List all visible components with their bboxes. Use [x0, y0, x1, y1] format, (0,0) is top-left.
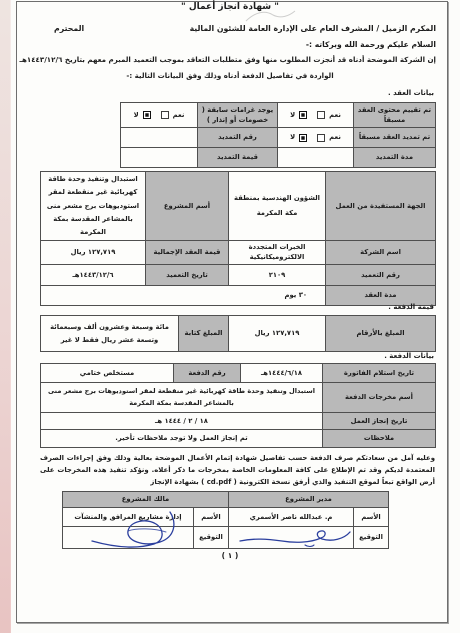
page-number: ( ١ ): [0, 551, 460, 560]
checkbox-yes: [161, 111, 169, 119]
table-row: أسم مخرجات الدفعة استبدال وتنفيذ وحدة طا…: [41, 383, 436, 413]
honorific-text: المحترم: [40, 24, 84, 33]
document-title: " شهادة انجاز أعمال ": [0, 2, 460, 12]
value-contract-duration: ٣٠ يوم: [41, 285, 326, 305]
label-authorization-date: تاريخ التعميد: [146, 264, 229, 285]
answer-previous-penalties: نعم لا: [121, 103, 198, 128]
value-project-name: استبدال وتنفيذ وحدة طاقة كهربائية غير من…: [41, 172, 146, 241]
header-project-owner: مالك المشروع: [63, 492, 229, 508]
table-row: الجهة المستفيدة من العمل الشؤون الهندسية…: [41, 172, 436, 241]
table-row: التوقيع التوقيع: [63, 527, 389, 549]
label-name-manager: الأسم: [354, 508, 389, 527]
manager-signature-cell: [229, 527, 354, 549]
label-name-owner: الأسم: [194, 508, 229, 527]
value-extension-value-empty: [121, 148, 198, 168]
yes-label: نعم: [329, 132, 341, 142]
answer-contract-evaluated: نعم لا: [278, 103, 354, 128]
table-row: تاريخ استلام الفاتورة ١٤٤٤/٦/١٨هـ رقم ال…: [41, 364, 436, 383]
value-company-name: الخبرات المتجددة الالكتروميكانيكية: [229, 241, 326, 264]
owner-signature-cell: [63, 527, 194, 549]
addressee-row: المكرم الزميل / المشرف العام على الإدارة…: [40, 24, 436, 33]
scan-edge-artifact: [0, 0, 11, 633]
value-work-completion-date: ١٨ / ٢ / ١٤٤٤ هـ: [41, 413, 323, 430]
label-extension-duration: مدة التمديد: [354, 148, 436, 168]
value-authorization-number: ٢١٠٩: [229, 264, 326, 285]
table-row: ملاحظات تم إنجاز العمل ولا توجد ملاحظات …: [41, 430, 436, 448]
yes-no-group: نعم لا: [290, 110, 341, 120]
table-row: تم تمديد العقد مسبقاً نعم لا رقم التمديد: [121, 128, 436, 148]
intro-line-1: إن الشركة الموضحة أدناه قد أنجزت المطلوب…: [20, 55, 436, 64]
yes-label: نعم: [329, 110, 341, 120]
value-extension-duration-empty: [278, 148, 354, 168]
label-company-name: اسم الشركة: [326, 241, 436, 264]
label-signature-owner: التوقيع: [194, 527, 229, 549]
label-payment-number: رقم الدفعة: [174, 364, 241, 383]
label-previous-penalties: يوجد غرامات سابقة ( خصومات أو إنذار ): [198, 103, 278, 128]
greeting-line: السلام عليكم ورحمة الله وبركاته :-: [306, 40, 436, 49]
intro-line-2: الواردة في تفاصيل الدفعة أدناه وذلك وفق …: [40, 71, 420, 80]
value-owner-name: إدارة مشاريع المرافق والمنشآت: [63, 508, 194, 527]
section-label-payment-value: قيمة الدفعة .: [388, 303, 434, 311]
label-contract-extended: تم تمديد العقد مسبقاً: [354, 128, 436, 148]
addressee-text: المكرم الزميل / المشرف العام على الإدارة…: [190, 24, 436, 33]
signatures-table: مدير المشروع مالك المشروع الأسم م. عبدال…: [62, 491, 389, 549]
table-row: اسم الشركة الخبرات المتجددة الالكتروميكا…: [41, 241, 436, 264]
value-amount-in-numbers: ١٢٧,٧١٩ ريال: [229, 316, 326, 352]
checkbox-no: [299, 111, 307, 119]
value-notes: تم إنجاز العمل ولا توجد ملاحظات تأخير.: [41, 430, 323, 448]
label-project-name: أسم المشروع: [146, 172, 229, 241]
value-payment-outputs: استبدال وتنفيذ وحدة طاقة كهربائية غير من…: [41, 383, 323, 413]
value-manager-name: م. عبدالله ناصر الأسمري: [229, 508, 354, 527]
table-row: مدة العقد ٣٠ يوم: [41, 285, 436, 305]
checkbox-yes: [317, 134, 325, 142]
label-amount-in-words: المبلغ كتابة: [179, 316, 229, 352]
value-beneficiary: الشؤون الهندسية بمنطقة مكة المكرمة: [229, 172, 326, 241]
table-row: مدير المشروع مالك المشروع: [63, 492, 389, 508]
header-project-manager: مدير المشروع: [229, 492, 389, 508]
label-beneficiary: الجهة المستفيدة من العمل: [326, 172, 436, 241]
table-row: تاريخ إنجاز العمل ١٨ / ٢ / ١٤٤٤ هـ: [41, 413, 436, 430]
no-label: لا: [290, 110, 295, 120]
contract-data-table: تم تقييم محتوى العقد مسبقاً نعم لا يوجد …: [120, 102, 436, 168]
payment-amount-table: المبلغ بالأرقام ١٢٧,٧١٩ ريال المبلغ كتاب…: [40, 315, 436, 352]
closing-paragraph: وعليه آمل من سعادتكم صرف الدفعة حسب تفاص…: [40, 452, 435, 488]
value-extension-number-empty: [121, 128, 198, 148]
label-extension-number: رقم التمديد: [198, 128, 278, 148]
no-label: لا: [290, 132, 295, 142]
table-row: الأسم م. عبدالله ناصر الأسمري الأسم إدار…: [63, 508, 389, 527]
label-signature-manager: التوقيع: [354, 527, 389, 549]
scanned-document: { "colors": { "header_gray": "#b9b9b9", …: [0, 0, 460, 633]
no-label: لا: [134, 110, 139, 120]
label-authorization-number: رقم التعميد: [326, 264, 436, 285]
label-contract-evaluated: تم تقييم محتوى العقد مسبقاً: [354, 103, 436, 128]
checkbox-no: [299, 134, 307, 142]
label-work-completion-date: تاريخ إنجاز العمل: [323, 413, 436, 430]
value-authorization-date: ١٤٤٣/١٢/٦هـ: [41, 264, 146, 285]
project-info-table: الجهة المستفيدة من العمل الشؤون الهندسية…: [40, 171, 436, 306]
table-row: تم تقييم محتوى العقد مسبقاً نعم لا يوجد …: [121, 103, 436, 128]
label-contract-total-value: قيمة العقد الإجمالية: [146, 241, 229, 264]
table-row: مدة التمديد قيمة التمديد: [121, 148, 436, 168]
label-notes: ملاحظات: [323, 430, 436, 448]
payment-data-table: تاريخ استلام الفاتورة ١٤٤٤/٦/١٨هـ رقم ال…: [40, 363, 436, 448]
value-contract-total-value: ١٢٧,٧١٩ ريال: [41, 241, 146, 264]
section-label-contract-data: بيانات العقد .: [388, 89, 434, 97]
value-payment-number: مستخلص ختامي: [41, 364, 174, 383]
label-amount-in-numbers: المبلغ بالأرقام: [326, 316, 436, 352]
yes-no-group: نعم لا: [134, 110, 185, 120]
checkbox-no: [143, 111, 151, 119]
checkbox-yes: [317, 111, 325, 119]
table-row: رقم التعميد ٢١٠٩ تاريخ التعميد ١٤٤٣/١٢/٦…: [41, 264, 436, 285]
section-label-payment-data: بيانات الدفعة .: [384, 352, 434, 360]
table-row: المبلغ بالأرقام ١٢٧,٧١٩ ريال المبلغ كتاب…: [41, 316, 436, 352]
value-invoice-receipt-date: ١٤٤٤/٦/١٨هـ: [241, 364, 323, 383]
yes-no-group: نعم لا: [290, 132, 341, 142]
yes-label: نعم: [173, 110, 185, 120]
label-payment-outputs: أسم مخرجات الدفعة: [323, 383, 436, 413]
label-invoice-receipt-date: تاريخ استلام الفاتورة: [323, 364, 436, 383]
answer-contract-extended: نعم لا: [278, 128, 354, 148]
value-amount-in-words: مائة وسبعة وعشرون ألف وسبعمائة وتسعة عشر…: [41, 316, 179, 352]
label-extension-value: قيمة التمديد: [198, 148, 278, 168]
